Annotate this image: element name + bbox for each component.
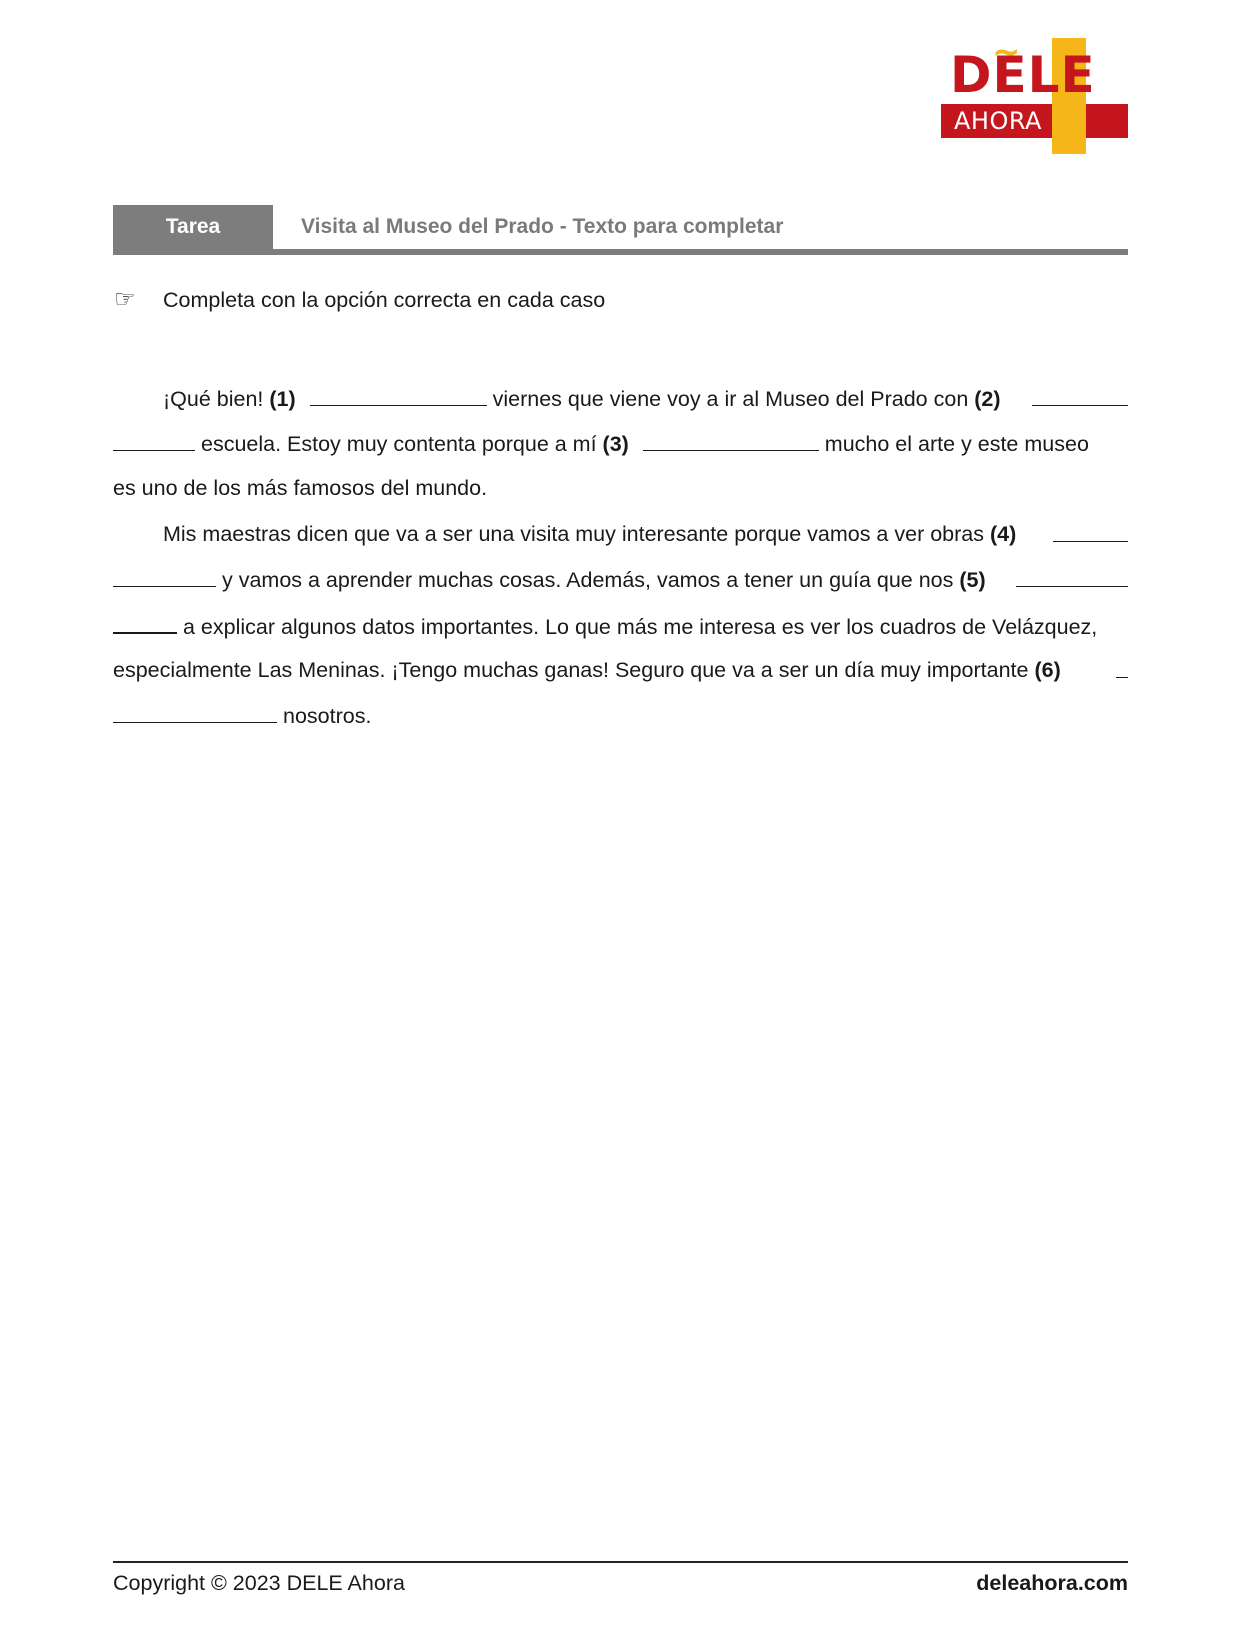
tarea-tab-label: Tarea [113,205,273,249]
website-link[interactable]: deleahora.com [976,1569,1128,1597]
gap-5-blank-start[interactable] [1016,564,1128,587]
gap-4-blank-start[interactable] [1053,519,1128,542]
gap-number-6: (6) [1034,658,1060,682]
instruction-text: Completa con la opción correcta en cada … [163,286,605,314]
text-segment: especialmente Las Meninas. ¡Tengo muchas… [113,658,1034,682]
gap-number-2: (2) [974,387,1000,411]
gap-1-blank[interactable] [310,383,487,406]
gap-number-4: (4) [990,522,1016,546]
text-segment: a explicar algunos datos importantes. Lo… [183,615,1097,639]
gap-6-blank-end[interactable] [113,700,277,723]
gap-5-blank-end[interactable] [113,610,177,634]
passage-line: escuela. Estoy muy contenta porque a mí … [113,428,1128,458]
dele-ahora-logo: ~ DELE AHORA [940,36,1130,156]
gap-2-blank-start[interactable] [1032,383,1128,406]
header-divider [113,249,1128,255]
text-segment: es uno de los más famosos del mundo. [113,476,487,500]
passage-line: a explicar algunos datos importantes. Lo… [113,610,1128,640]
text-segment: y vamos a aprender muchas cosas. Además,… [222,568,959,592]
logo-sub-text: AHORA [954,108,1042,134]
gap-number-5: (5) [959,568,985,592]
text-segment: Mis maestras dicen que va a ser una visi… [163,522,990,546]
page-title: Visita al Museo del Prado - Texto para c… [301,205,783,249]
logo-yellow-bar-front [1052,104,1086,154]
text-segment: ¡Qué bien! [163,387,269,411]
text-segment: viernes que viene voy a ir al Museo del … [487,387,975,411]
passage-line: Mis maestras dicen que va a ser una visi… [113,519,1128,549]
text-segment: mucho el arte y este museo [825,432,1089,456]
gap-2-blank-end[interactable] [113,428,195,451]
passage-line: nosotros. [113,700,1128,730]
text-segment: nosotros. [283,704,371,728]
text-segment: escuela. Estoy muy contenta porque a mí [201,432,603,456]
passage-line: especialmente Las Meninas. ¡Tengo muchas… [113,655,1128,685]
gap-3-blank[interactable] [643,428,819,451]
gap-number-3: (3) [603,432,629,456]
gap-6-blank-start[interactable] [1116,655,1128,678]
passage-line: ¡Qué bien! (1) viernes que viene voy a i… [113,383,1128,413]
footer-divider [113,1561,1128,1563]
passage-line: y vamos a aprender muchas cosas. Además,… [113,564,1128,594]
logo-main-text: DELE [950,50,1096,100]
gap-4-blank-end[interactable] [113,564,216,587]
copyright-text: Copyright © 2023 DELE Ahora [113,1569,405,1597]
gap-number-1: (1) [269,387,295,411]
pointing-hand-icon: ☞ [114,286,136,314]
passage-line: es uno de los más famosos del mundo. [113,473,1128,503]
